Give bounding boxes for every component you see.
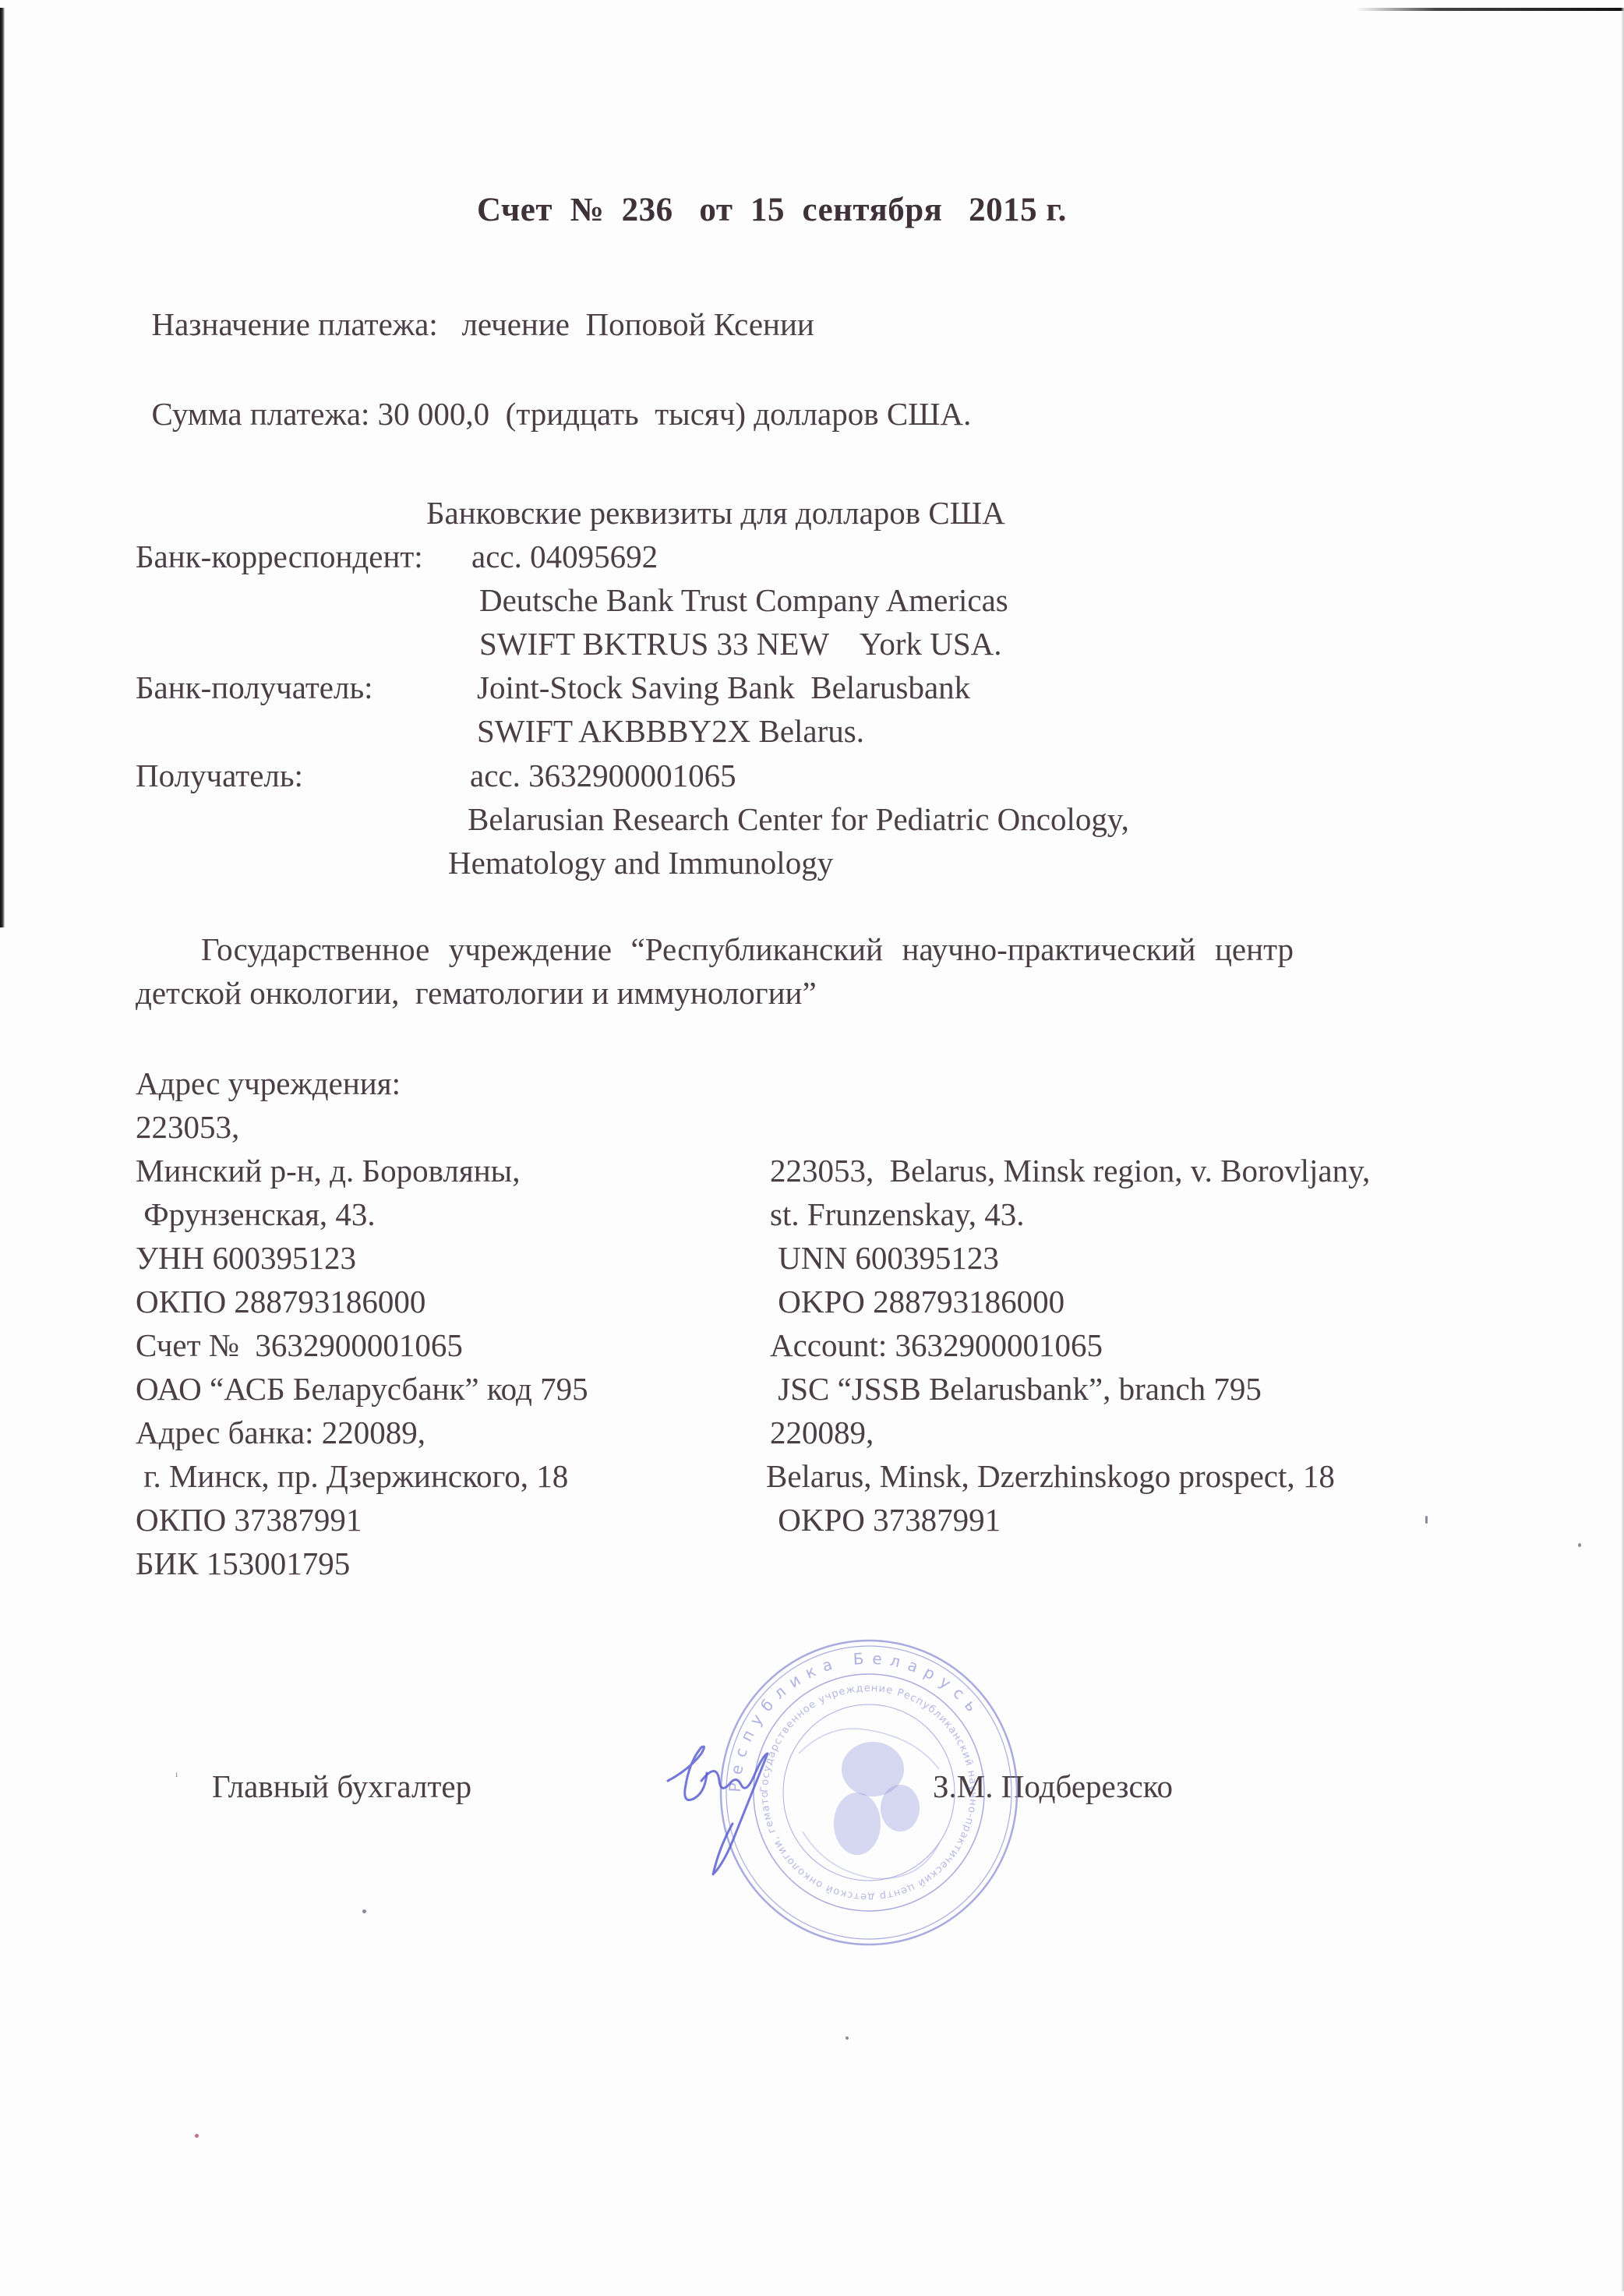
address-ru-line: Счет № 3632900001065 <box>136 1330 463 1362</box>
address-ru-line: ОКПО 37387991 <box>136 1504 362 1536</box>
purpose-label: Назначение платежа: <box>152 306 438 342</box>
beneficiary-name-line2: Hematology and Immunology <box>448 847 833 879</box>
address-ru-line: ОАО “АСБ Беларусбанк” код 795 <box>136 1373 588 1405</box>
address-en-line: OKPO 37387991 <box>770 1504 1001 1536</box>
scan-speck <box>1425 1516 1428 1524</box>
signature-role: Главный бухгалтер <box>212 1771 471 1803</box>
bank-details-heading: Банковские реквизиты для долларов США <box>426 497 1005 529</box>
purpose-row: Назначение платежа: лечение Поповой Ксен… <box>136 277 814 341</box>
scan-speck <box>195 2134 199 2138</box>
handwritten-signature-icon <box>658 1738 814 1886</box>
address-ru-line: Фрунзенская, 43. <box>136 1199 376 1231</box>
scan-speck <box>362 1909 366 1913</box>
correspondent-bank-name: Deutsche Bank Trust Company Americas <box>479 585 1008 616</box>
address-en-line: Belarus, Minsk, Dzerzhinskogo prospect, … <box>766 1461 1335 1492</box>
scan-edge-right <box>1621 8 1624 2291</box>
address-en-line: UNN 600395123 <box>770 1242 999 1274</box>
correspondent-bank-swift: SWIFT BKTRUS 33 NEW York USA. <box>479 628 1002 660</box>
scan-edge-left <box>0 8 5 927</box>
address-ru-line: Минский р-н, д. Боровляны, <box>136 1155 520 1187</box>
address-zip: 223053, <box>136 1111 239 1143</box>
address-en-line: 223053, Belarus, Minsk region, v. Borovl… <box>770 1155 1370 1187</box>
margin-mark: ı <box>175 1769 178 1779</box>
beneficiary-bank-name: Joint-Stock Saving Bank Belarusbank <box>477 672 970 704</box>
address-en-line: OKPO 288793186000 <box>770 1286 1064 1318</box>
scan-edge-top <box>1356 8 1624 11</box>
address-ru-line: БИК 153001795 <box>136 1548 350 1580</box>
institution-line1: Государственное учреждение “Республиканс… <box>201 934 1294 966</box>
institution-line2: детской онкологии, гематологии и иммунол… <box>136 977 817 1009</box>
beneficiary-bank-label: Банк-получатель: <box>136 672 373 704</box>
amount-row: Сумма платежа: 30 000,0 (тридцать тысяч)… <box>136 366 971 430</box>
beneficiary-name-line1: Belarusian Research Center for Pediatric… <box>468 804 1129 835</box>
correspondent-bank-label: Банк-корреспондент: <box>136 541 423 573</box>
address-ru-line: Адрес банка: 220089, <box>136 1417 425 1449</box>
address-ru-line: г. Минск, пр. Дзержинского, 18 <box>136 1461 568 1492</box>
scan-speck <box>1578 1543 1581 1547</box>
correspondent-bank-account: acc. 04095692 <box>471 541 658 573</box>
beneficiary-bank-swift: SWIFT AKBBBY2X Belarus. <box>477 715 864 747</box>
amount-value: 30 000,0 (тридцать тысяч) долларов США. <box>378 396 972 432</box>
address-en-line: 220089, <box>770 1417 874 1449</box>
purpose-value: лечение Поповой Ксении <box>461 306 814 342</box>
address-en-line: st. Frunzenskay, 43. <box>770 1199 1024 1231</box>
beneficiary-account: acc. 3632900001065 <box>470 760 736 792</box>
invoice-title: Счет № 236 от 15 сентября 2015 г. <box>477 191 1067 229</box>
amount-label: Сумма платежа: <box>152 396 370 432</box>
address-ru-line: УНН 600395123 <box>136 1242 356 1274</box>
address-heading: Адрес учреждения: <box>136 1068 401 1100</box>
address-ru-line: ОКПО 288793186000 <box>136 1286 425 1318</box>
address-en-line: Account: 3632900001065 <box>770 1330 1103 1362</box>
beneficiary-label: Получатель: <box>136 760 303 792</box>
address-en-line: JSC “JSSB Belarusbank”, branch 795 <box>770 1373 1262 1405</box>
scan-speck <box>846 2036 849 2040</box>
